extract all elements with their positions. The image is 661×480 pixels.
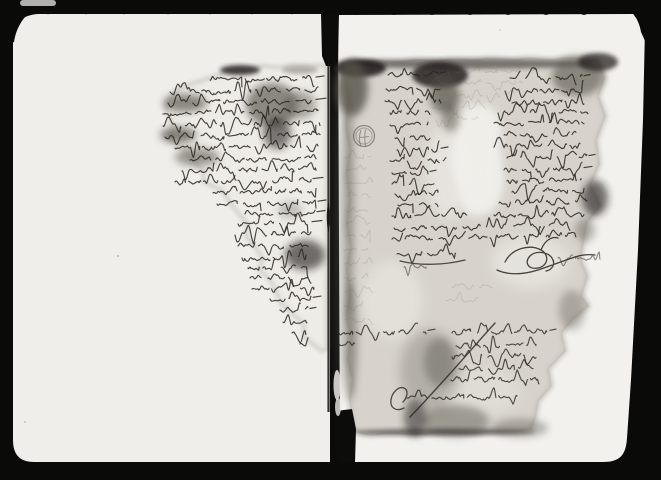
scan-edge-notch [20, 0, 56, 6]
page-curl [334, 370, 341, 400]
manuscript-scan [0, 0, 661, 480]
gutter-top-strip [321, 13, 339, 66]
document-scan: Black-background archival scan of a dama… [0, 0, 661, 480]
page-curl [335, 398, 341, 416]
gutter-shadow [333, 60, 343, 400]
gutter-bottom-bar [333, 409, 356, 463]
